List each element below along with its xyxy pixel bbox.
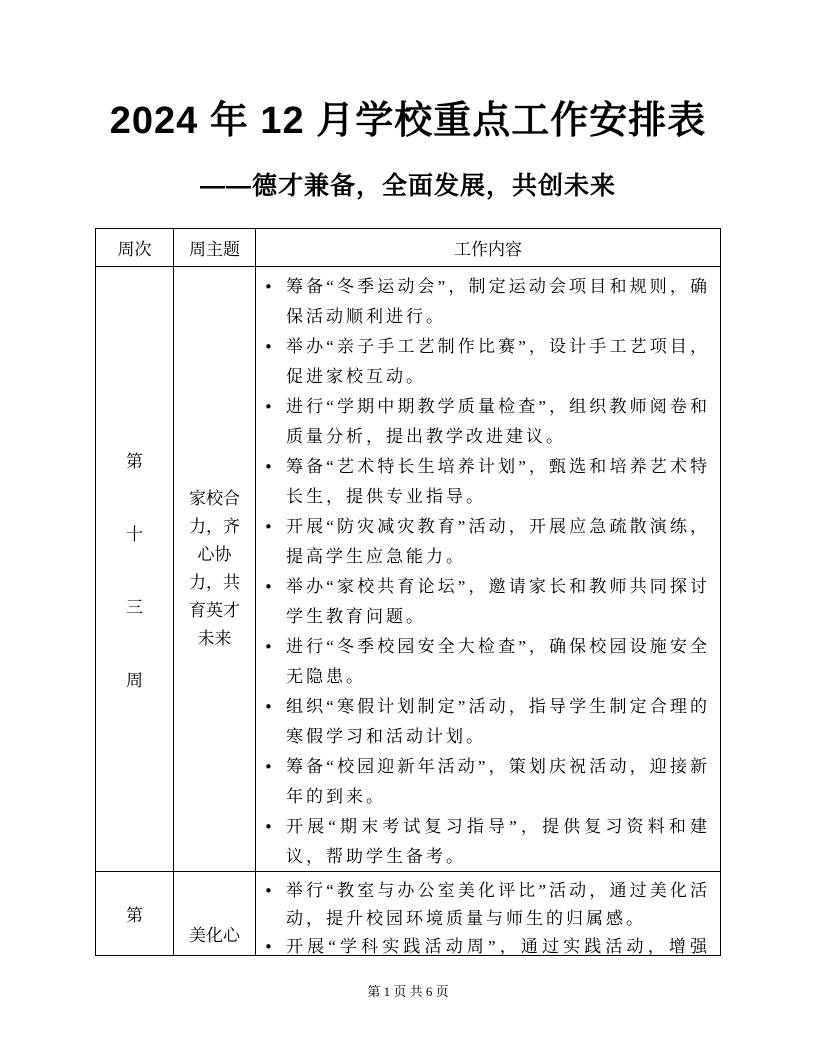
theme-line: 美化心 (189, 922, 240, 950)
work-item: •筹备“艺术特长生培养计划”，甄选和培养艺术特长生，提供专业指导。 (256, 452, 710, 512)
bullet-icon: • (264, 272, 273, 302)
theme-line: 力，齐 (189, 513, 240, 541)
theme-cell: 美化心 (174, 872, 256, 956)
week-char: 第 (126, 901, 143, 926)
work-item: •举行“教室与办公室美化评比”活动，通过美化活动，提升校园环境质量与师生的归属感… (256, 877, 710, 933)
bullet-icon: • (264, 332, 273, 362)
content-cell: •举行“教室与办公室美化评比”活动，通过美化活动，提升校园环境质量与师生的归属感… (256, 872, 721, 956)
work-item: •进行“学期中期教学质量检查”，组织教师阅卷和质量分析，提出教学改进建议。 (256, 392, 710, 452)
header-theme: 周主题 (174, 229, 256, 267)
bullet-icon: • (264, 752, 273, 782)
header-content: 工作内容 (256, 229, 721, 267)
bullet-icon: • (264, 512, 273, 542)
theme-line: 未来 (198, 625, 232, 653)
work-item: •进行“冬季校园安全大检查”，确保校园设施安全无隐患。 (256, 632, 710, 692)
theme-cell: 家校合 力，齐 心协 力，共 育英才 未来 (174, 267, 256, 872)
bullet-icon: • (264, 452, 273, 482)
work-item: •开展“期末考试复习指导”，提供复习资料和建议，帮助学生备考。 (256, 812, 710, 872)
work-item-text: 进行“冬季校园安全大检查”，确保校园设施安全无隐患。 (286, 637, 710, 686)
work-schedule-table: 周次 周主题 工作内容 第 十 三 周 家校合 力，齐 (95, 228, 721, 956)
theme-line: 力，共 (189, 569, 240, 597)
bullet-icon: • (264, 572, 273, 602)
work-item-text: 进行“学期中期教学质量检查”，组织教师阅卷和质量分析，提出教学改进建议。 (286, 397, 710, 446)
work-item-text: 开展“学科实践活动周”，通过实践活动，增强 (286, 937, 710, 956)
table-header-row: 周次 周主题 工作内容 (96, 229, 721, 267)
work-item-text: 举办“家校共育论坛”，邀请家长和教师共同探讨学生教育问题。 (286, 577, 710, 626)
bullet-icon: • (264, 692, 273, 722)
work-item: •开展“防灾减灾教育”活动，开展应急疏散演练，提高学生应急能力。 (256, 512, 710, 572)
week-cell: 第 十 三 周 (96, 267, 174, 872)
week-char: 第 (126, 447, 143, 472)
page-subtitle: ——德才兼备，全面发展，共创未来 (0, 169, 816, 203)
work-item: •筹备“校园迎新年活动”，策划庆祝活动，迎接新年的到来。 (256, 752, 710, 812)
bullet-icon: • (264, 632, 273, 662)
week-cell: 第 (96, 872, 174, 956)
page-footer: 第 1 页 共 6 页 (0, 983, 816, 1001)
bullet-icon: • (264, 812, 273, 842)
work-item-text: 筹备“冬季运动会”，制定运动会项目和规则，确保活动顺利进行。 (286, 277, 710, 326)
page-title: 2024 年 12 月学校重点工作安排表 (0, 97, 816, 145)
work-item: •举办“家校共育论坛”，邀请家长和教师共同探讨学生教育问题。 (256, 572, 710, 632)
table-row-next-week: 第 美化心 •举行“教室与办公室美化评比”活动，通过美化活动，提升校园环境质量与… (96, 872, 721, 956)
work-item-list: •举行“教室与办公室美化评比”活动，通过美化活动，提升校园环境质量与师生的归属感… (256, 872, 720, 956)
week-char: 三 (126, 593, 143, 618)
work-item-list: •筹备“冬季运动会”，制定运动会项目和规则，确保活动顺利进行。 •举办“亲子手工… (256, 267, 720, 872)
work-item-text: 筹备“校园迎新年活动”，策划庆祝活动，迎接新年的到来。 (286, 757, 710, 806)
theme-line: 家校合 (189, 485, 240, 513)
header-week: 周次 (96, 229, 174, 267)
week-char: 周 (126, 666, 143, 691)
bullet-icon: • (264, 933, 273, 956)
bullet-icon: • (264, 392, 273, 422)
work-item-text: 举行“教室与办公室美化评比”活动，通过美化活动，提升校园环境质量与师生的归属感。 (286, 881, 710, 928)
work-item: •开展“学科实践活动周”，通过实践活动，增强 (256, 933, 710, 956)
work-item: •举办“亲子手工艺制作比赛”，设计手工艺项目，促进家校互动。 (256, 332, 710, 392)
week-char: 十 (126, 520, 143, 545)
work-item: •筹备“冬季运动会”，制定运动会项目和规则，确保活动顺利进行。 (256, 272, 710, 332)
work-item-text: 组织“寒假计划制定”活动，指导学生制定合理的寒假学习和活动计划。 (286, 697, 710, 746)
bullet-icon: • (264, 877, 273, 905)
theme-line: 心协 (198, 541, 232, 569)
work-item-text: 筹备“艺术特长生培养计划”，甄选和培养艺术特长生，提供专业指导。 (286, 457, 710, 506)
theme-line: 育英才 (189, 597, 240, 625)
work-item-text: 开展“期末考试复习指导”，提供复习资料和建议，帮助学生备考。 (286, 817, 710, 866)
content-cell: •筹备“冬季运动会”，制定运动会项目和规则，确保活动顺利进行。 •举办“亲子手工… (256, 267, 721, 872)
table-row-week13: 第 十 三 周 家校合 力，齐 心协 力，共 育英才 未来 (96, 267, 721, 872)
work-item: •组织“寒假计划制定”活动，指导学生制定合理的寒假学习和活动计划。 (256, 692, 710, 752)
document-page: 2024 年 12 月学校重点工作安排表 ——德才兼备，全面发展，共创未来 周次… (0, 0, 816, 1056)
work-item-text: 开展“防灾减灾教育”活动，开展应急疏散演练，提高学生应急能力。 (286, 517, 710, 566)
work-item-text: 举办“亲子手工艺制作比赛”，设计手工艺项目，促进家校互动。 (286, 337, 710, 386)
